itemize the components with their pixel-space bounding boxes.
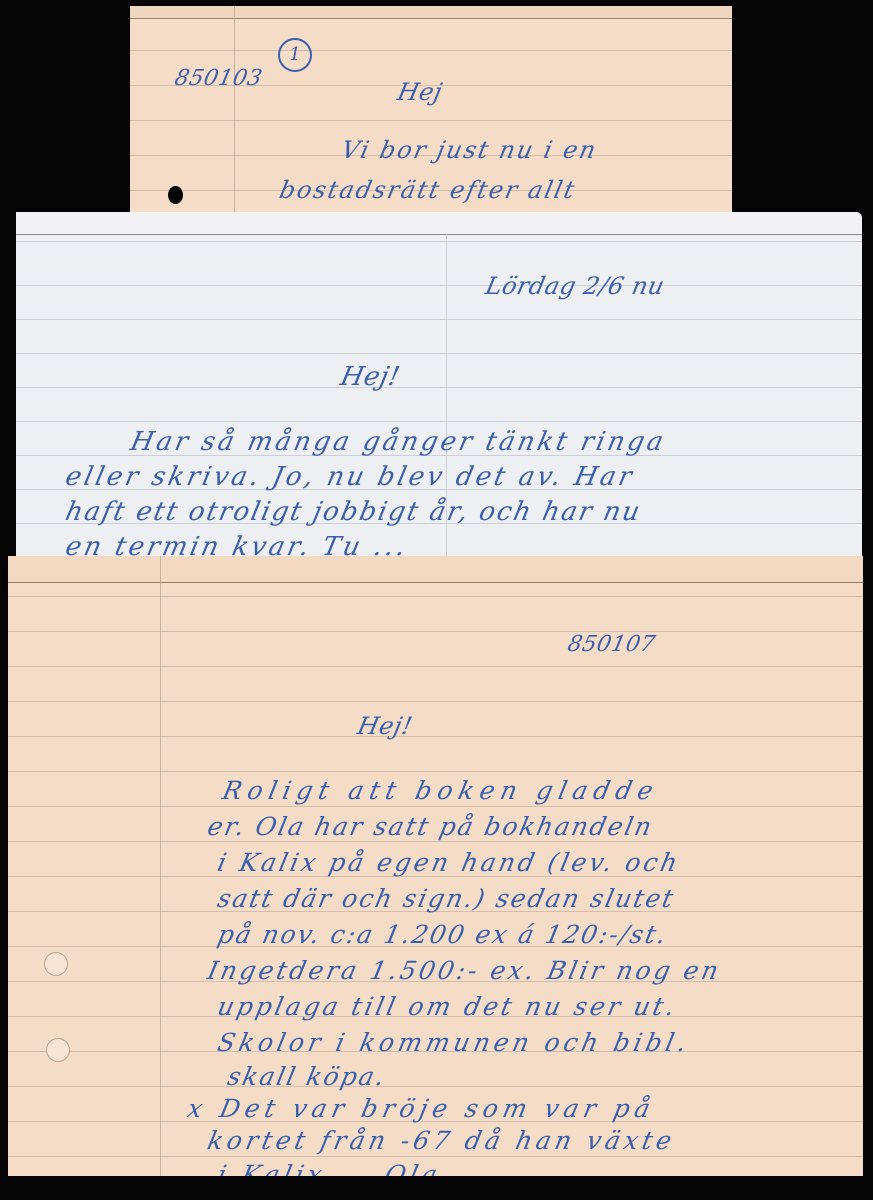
letter-3-line-1: Roligt att boken gladde: [220, 776, 662, 805]
letter-sheet-2: Lördag 2/6 nu Hej! Har så många gånger t…: [16, 212, 862, 562]
letter-3-line-11: kortet från -67 då han växte: [205, 1126, 678, 1155]
letter-3-line-10: x Det var bröje som var på: [185, 1094, 658, 1123]
letter-3-date: 850107: [565, 632, 657, 657]
letter-3-line-6: Ingetdera 1.500:- ex. Blir nog en: [205, 956, 724, 985]
sheet-top-edge: [8, 556, 863, 583]
letter-1-line-2: bostadsrätt efter allt: [277, 176, 579, 204]
punch-hole: [168, 186, 183, 204]
letter-2-line-3: haft ett otroligt jobbigt år, och har nu: [63, 497, 645, 527]
letter-3-line-5: på nov. c:a 1.200 ex á 120:-/st.: [215, 920, 671, 949]
letter-sheet-3: 850107 Hej! Roligt att boken gladde er. …: [8, 556, 863, 1176]
margin-line: [160, 556, 161, 1176]
sheet-top-edge: [16, 212, 862, 235]
letter-1-line-1: Vi bor just nu i en: [339, 136, 600, 164]
letter-3-greeting: Hej!: [355, 712, 415, 740]
letter-2-date: Lördag 2/6 nu: [483, 272, 667, 300]
letter-1-date: 850103: [172, 66, 264, 91]
letter-2-greeting: Hej!: [338, 362, 403, 392]
sheet-top-edge: [130, 6, 732, 19]
letter-1-greeting: Hej: [395, 78, 445, 106]
letter-3-line-2: er. Ola har satt på bokhandeln: [205, 812, 656, 841]
punch-hole: [44, 952, 68, 976]
letter-2-line-1: Har så många gånger tänkt ringa: [128, 427, 669, 457]
letter-3-line-8: Skolor i kommunen och bibl.: [215, 1028, 693, 1057]
letter-2-line-2: eller skriva. Jo, nu blev det av. Har: [63, 462, 638, 492]
letter-3-line-7: upplaga till om det nu ser ut.: [215, 992, 680, 1021]
margin-line: [234, 6, 235, 226]
punch-hole: [46, 1038, 70, 1062]
letter-3-line-4: satt där och sign.) sedan slutet: [215, 884, 678, 913]
letter-3-line-9: skall köpa.: [225, 1062, 389, 1091]
page-number-circle: 1: [278, 38, 312, 72]
letter-3-line-3: i Kalix på egen hand (lev. och: [215, 848, 683, 877]
letter-sheet-1: 850103 1 Hej Vi bor just nu i en bostads…: [130, 6, 732, 226]
letter-3-line-12: i Kalix ... Ola ...: [215, 1160, 492, 1176]
